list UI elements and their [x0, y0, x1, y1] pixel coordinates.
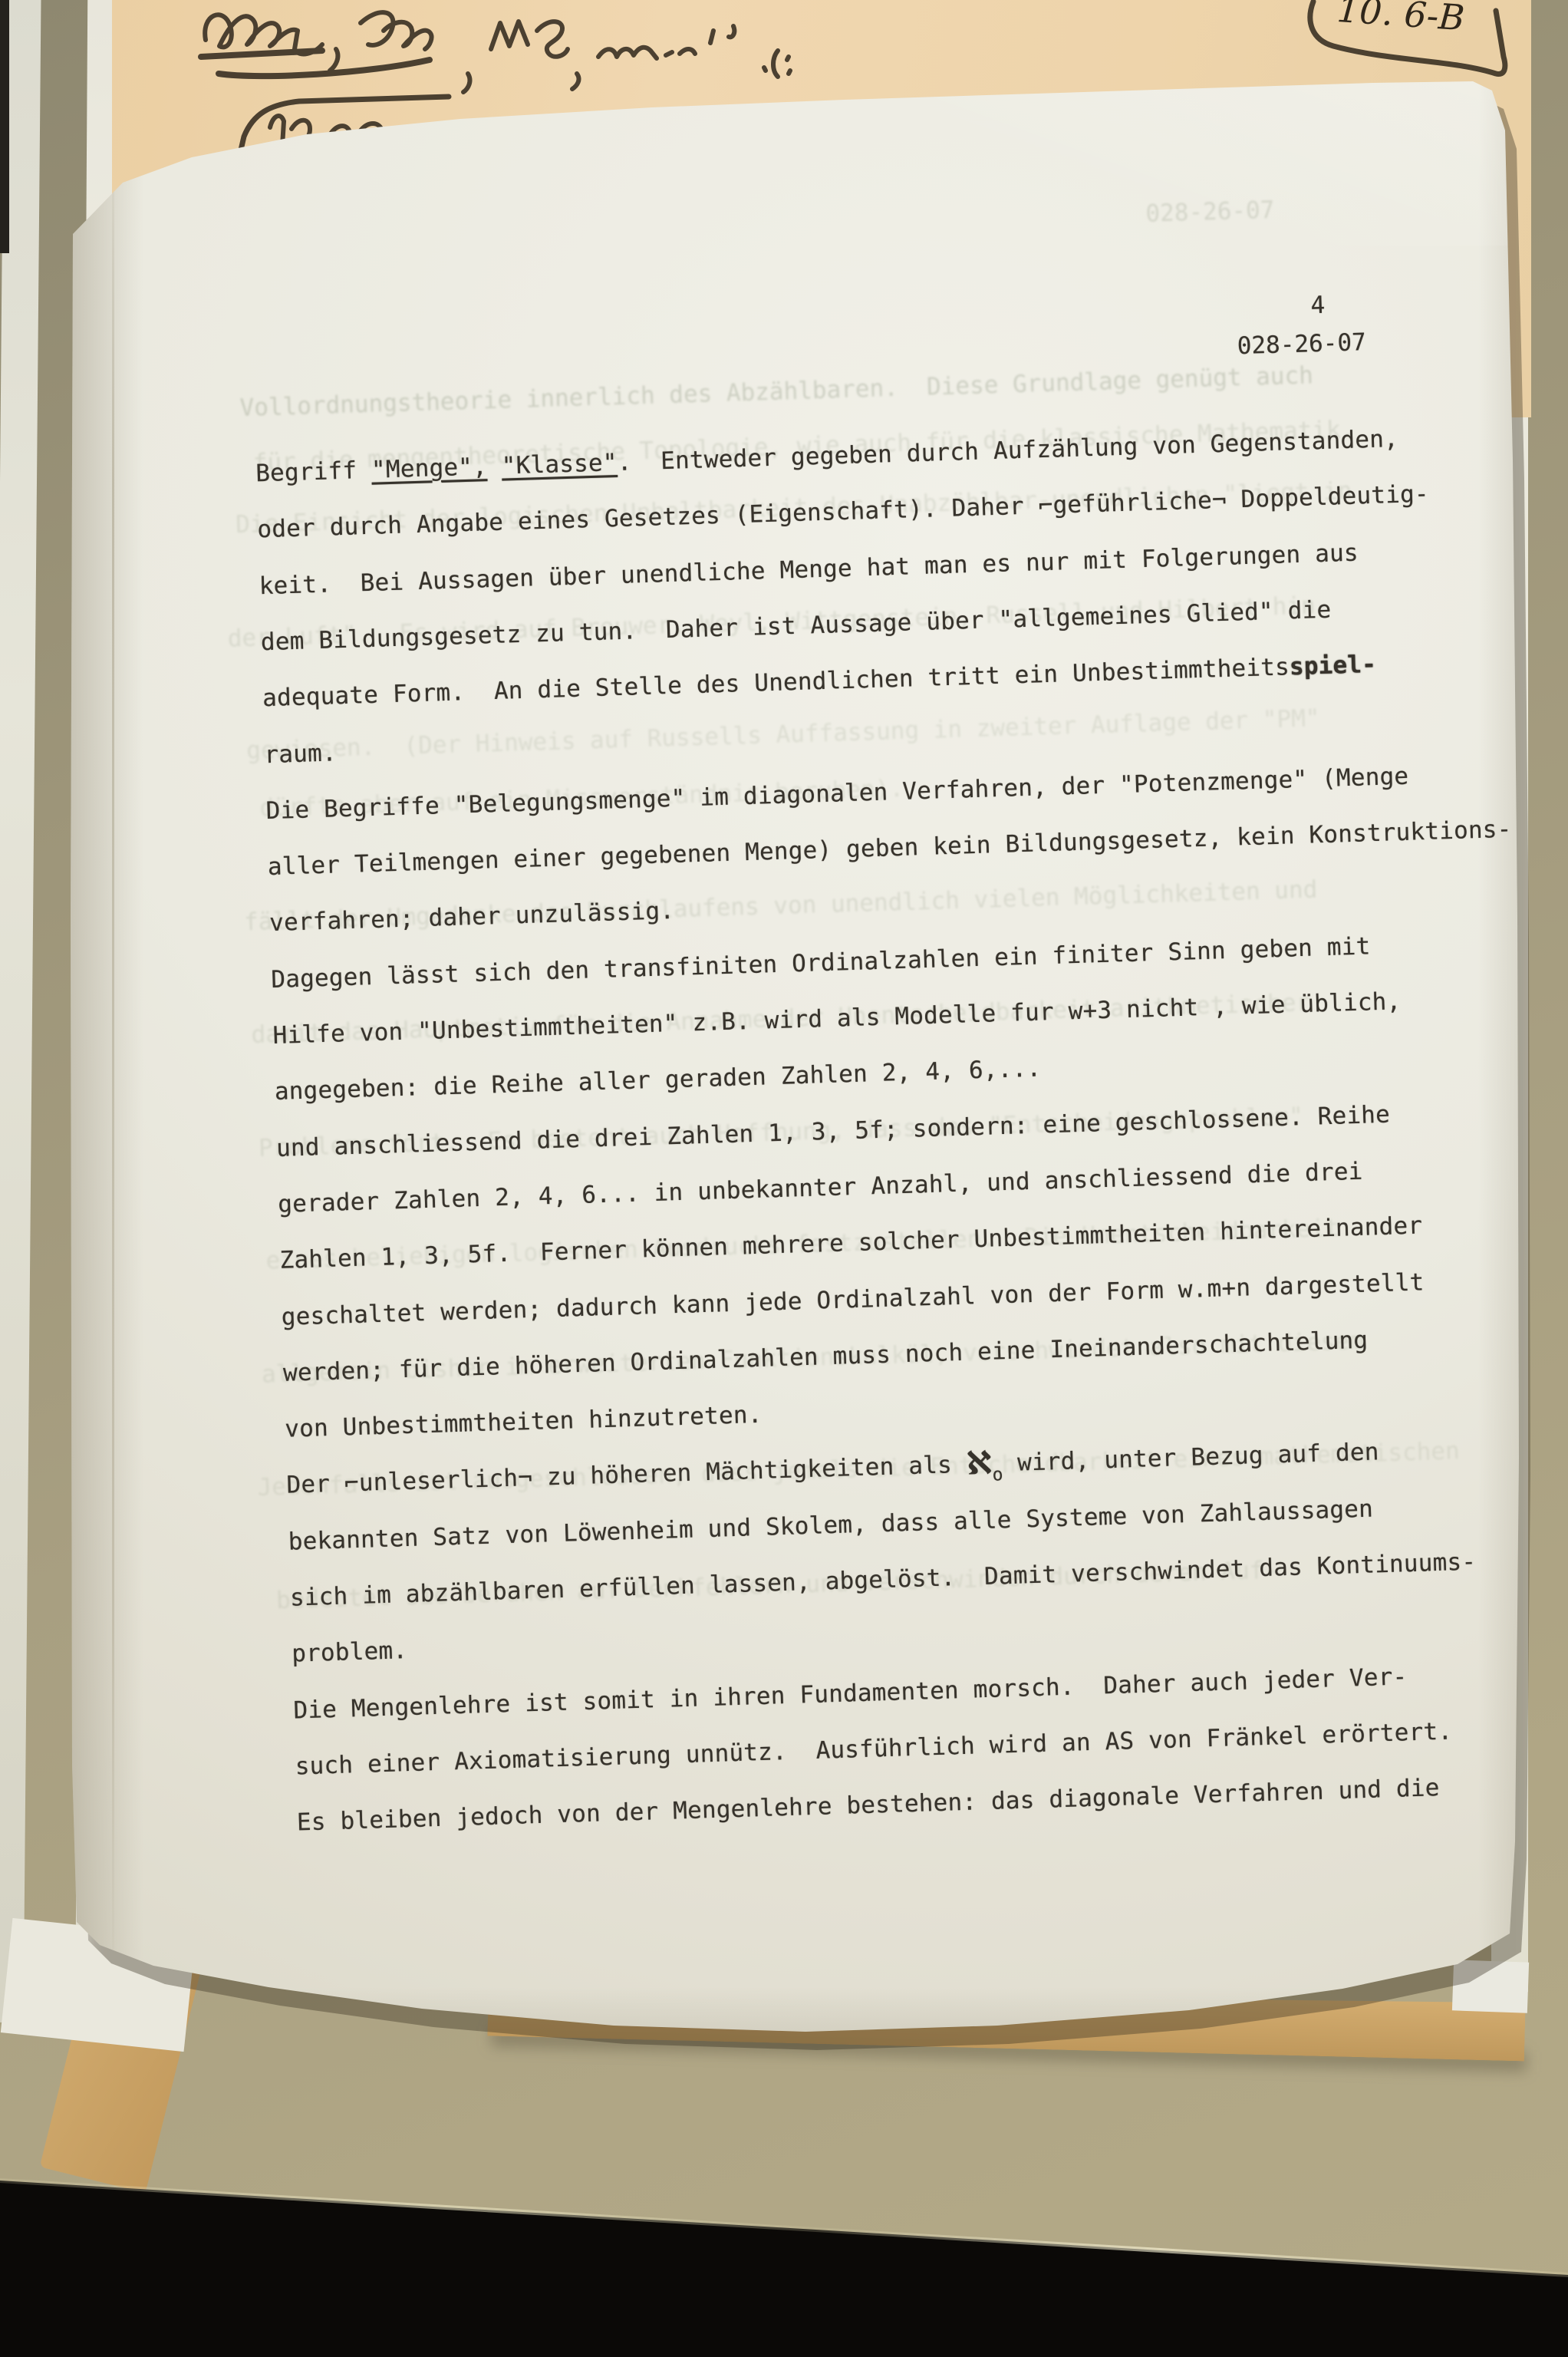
page-number: 4	[1236, 292, 1326, 322]
typed-line: verfahren; daher unzulässig.	[269, 898, 675, 936]
typed-line: aller Teilmengen einer gegebenen Menge) …	[267, 816, 1512, 881]
typed-line: angegeben: die Reihe aller geraden Zahle…	[274, 1056, 1041, 1106]
handwriting-underline2-icon	[219, 60, 430, 76]
bleedthrough-line: Vollordnungstheorie innerlich des Abzähl…	[239, 362, 1313, 421]
typed-line: problem.	[292, 1637, 408, 1667]
typed-line: raum.	[264, 740, 337, 768]
table-edge-dark	[0, 2133, 1568, 2357]
typed-line: such einer Axiomatisierung unnütz. Ausfü…	[295, 1718, 1452, 1779]
typed-line: sich im abzählbaren erfüllen lassen, abg…	[290, 1548, 1477, 1610]
bleedthrough-doc-number: 028-26-07	[1145, 196, 1275, 228]
typed-line: geschaltet werden; dadurch kann jede Ord…	[281, 1269, 1425, 1330]
handwriting-comma2-icon	[463, 74, 469, 92]
bleedthrough-line: gewiesen. (Der Hinweis auf Russells Auff…	[246, 705, 1320, 764]
typed-line: adequate Form. An die Stelle des Unendli…	[262, 651, 1377, 711]
typed-line: gerader Zahlen 2, 4, 6... in unbekannter…	[278, 1159, 1363, 1218]
typed-line: oder durch Angabe eines Gesetzes (Eigens…	[257, 481, 1429, 543]
typed-line: Hilfe von "Unbestimmtheiten" z.B. wird a…	[272, 988, 1402, 1049]
typed-line: Dagegen lässt sich den transfiniten Ordi…	[271, 933, 1371, 993]
handwriting-comma-icon	[330, 49, 338, 71]
typed-text-layer: 028-26-07 Vollordnungstheorie innerlich …	[44, 0, 1568, 2130]
handwriting-ms-icon	[491, 21, 568, 57]
handwriting-dots-icon	[710, 26, 790, 77]
typed-line: Die Mengenlehre ist somit in ihren Funda…	[293, 1663, 1408, 1723]
typed-line: Zahlen 1, 3, 5f. Ferner können mehrere s…	[279, 1213, 1423, 1274]
typed-line: bekannten Satz von Löwenheim und Skolem,…	[288, 1495, 1373, 1554]
document-number: 028-26-07	[1237, 328, 1366, 360]
typed-line: werden; für die höheren Ordinalzahlen mu…	[283, 1327, 1369, 1386]
handwriting-scribble2-icon	[361, 12, 431, 49]
typed-page: 028-26-07 Vollordnungstheorie innerlich …	[71, 0, 1532, 2106]
page-header: 4 028-26-07	[1236, 290, 1367, 360]
typed-line: Es bleiben jedoch von der Mengenlehre be…	[296, 1775, 1440, 1835]
typed-line: keit. Bei Aussagen über unendliche Menge…	[259, 539, 1359, 599]
archive-label-text: 10. 6-B	[1336, 0, 1466, 38]
typed-line: von Unbestimmtheiten hinzutreten.	[285, 1402, 763, 1442]
typed-line: und anschliessend die drei Zahlen 1, 3, …	[276, 1101, 1391, 1161]
typed-line: dem Bildungsgesetz zu tun. Daher ist Aus…	[260, 597, 1331, 656]
typed-line: Der ⌐unleserlich¬ zu höheren Mächtigkeit…	[286, 1439, 1379, 1498]
photo-of-typewritten-page: 10. 6-B 028-26-07 Vollordnungstheorie in…	[0, 0, 1568, 2357]
handwriting-marks-icon	[572, 48, 695, 89]
handwriting-scribble-icon	[205, 15, 322, 54]
typed-line: Die Begriffe "Belegungsmenge" im diagona…	[265, 763, 1409, 823]
